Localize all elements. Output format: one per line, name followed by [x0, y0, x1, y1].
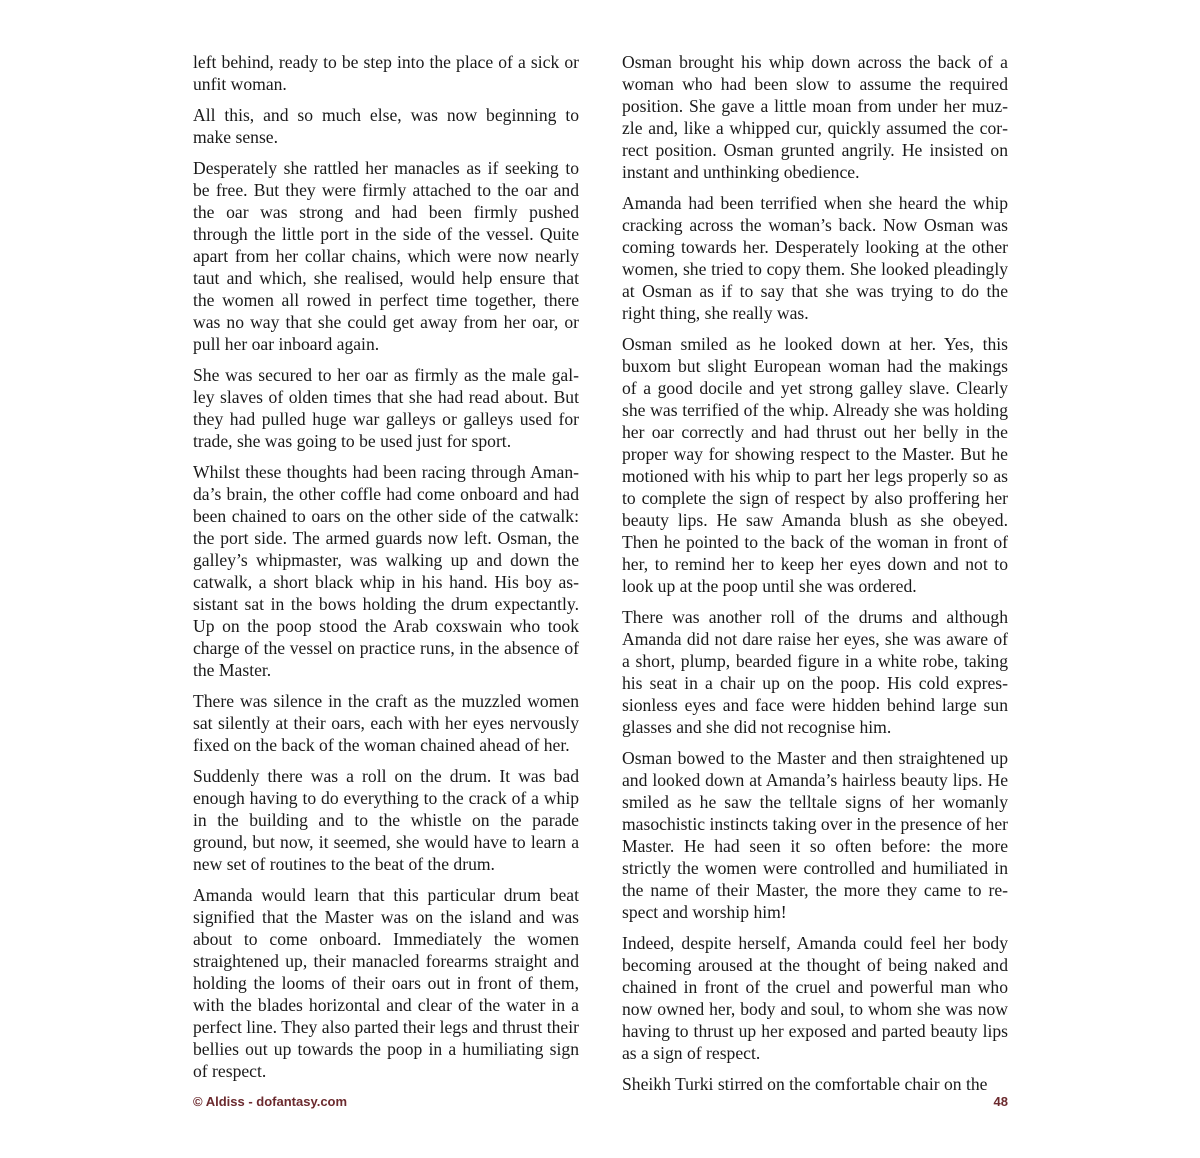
paragraph: Desperately she rattled her manacles as … — [193, 157, 579, 355]
page-number: 48 — [990, 1094, 1008, 1109]
paragraph: Osman brought his whip down across the b… — [622, 51, 1008, 183]
paragraph: Amanda had been terrified when she heard… — [622, 192, 1008, 324]
paragraph: She was secured to her oar as firmly as … — [193, 364, 579, 452]
paragraph: Osman smiled as he looked down at her. Y… — [622, 333, 1008, 597]
paragraph: Amanda would learn that this particular … — [193, 884, 579, 1082]
paragraph: left behind, ready to be step into the p… — [193, 51, 579, 95]
footer-copyright: © Aldiss - dofantasy.com — [193, 1094, 347, 1109]
paragraph: There was silence in the craft as the mu… — [193, 690, 579, 756]
paragraph: All this, and so much else, was now begi… — [193, 104, 579, 148]
paragraph: Indeed, despite herself, Amanda could fe… — [622, 932, 1008, 1064]
paragraph: Osman bowed to the Master and then strai… — [622, 747, 1008, 923]
book-page: left behind, ready to be step into the p… — [0, 0, 1200, 1158]
paragraph: There was another roll of the drums and … — [622, 606, 1008, 738]
left-column: left behind, ready to be step into the p… — [193, 51, 579, 1091]
paragraph: Whilst these thoughts had been racing th… — [193, 461, 579, 681]
paragraph: Suddenly there was a roll on the drum. I… — [193, 765, 579, 875]
right-column: Osman brought his whip down across the b… — [622, 51, 1008, 1104]
paragraph: Sheikh Turki stirred on the comfortable … — [622, 1073, 1008, 1095]
